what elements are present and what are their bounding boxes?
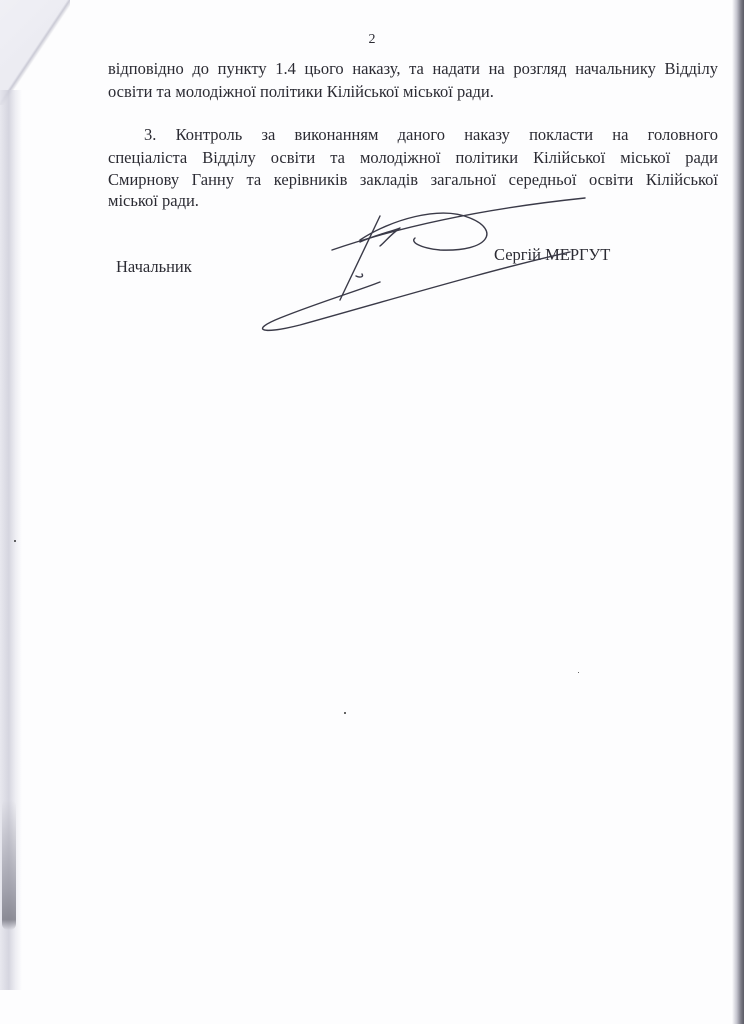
scan-speck [344, 712, 346, 714]
scan-speck [14, 540, 16, 542]
scan-speck [578, 672, 579, 673]
document-page: 2 відповідно до пункту 1.4 цього наказу,… [0, 0, 744, 1024]
handwritten-signature [240, 190, 600, 340]
body-line: міської ради. [108, 190, 199, 212]
scan-right-shadow [732, 0, 744, 1024]
body-line: освіти та молодіжної політики Кілійської… [108, 81, 494, 103]
body-line: відповідно до пункту 1.4 цього наказу, т… [108, 58, 718, 80]
scan-left-shadow-dark [2, 800, 16, 930]
body-line: 3. Контроль за виконанням даного наказу … [144, 124, 718, 146]
body-line: Смирнову Ганну та керівників закладів за… [108, 169, 718, 191]
signer-position: Начальник [116, 257, 192, 277]
page-number: 2 [0, 32, 744, 48]
body-line: спеціаліста Відділу освіти та молодіжної… [108, 147, 718, 169]
